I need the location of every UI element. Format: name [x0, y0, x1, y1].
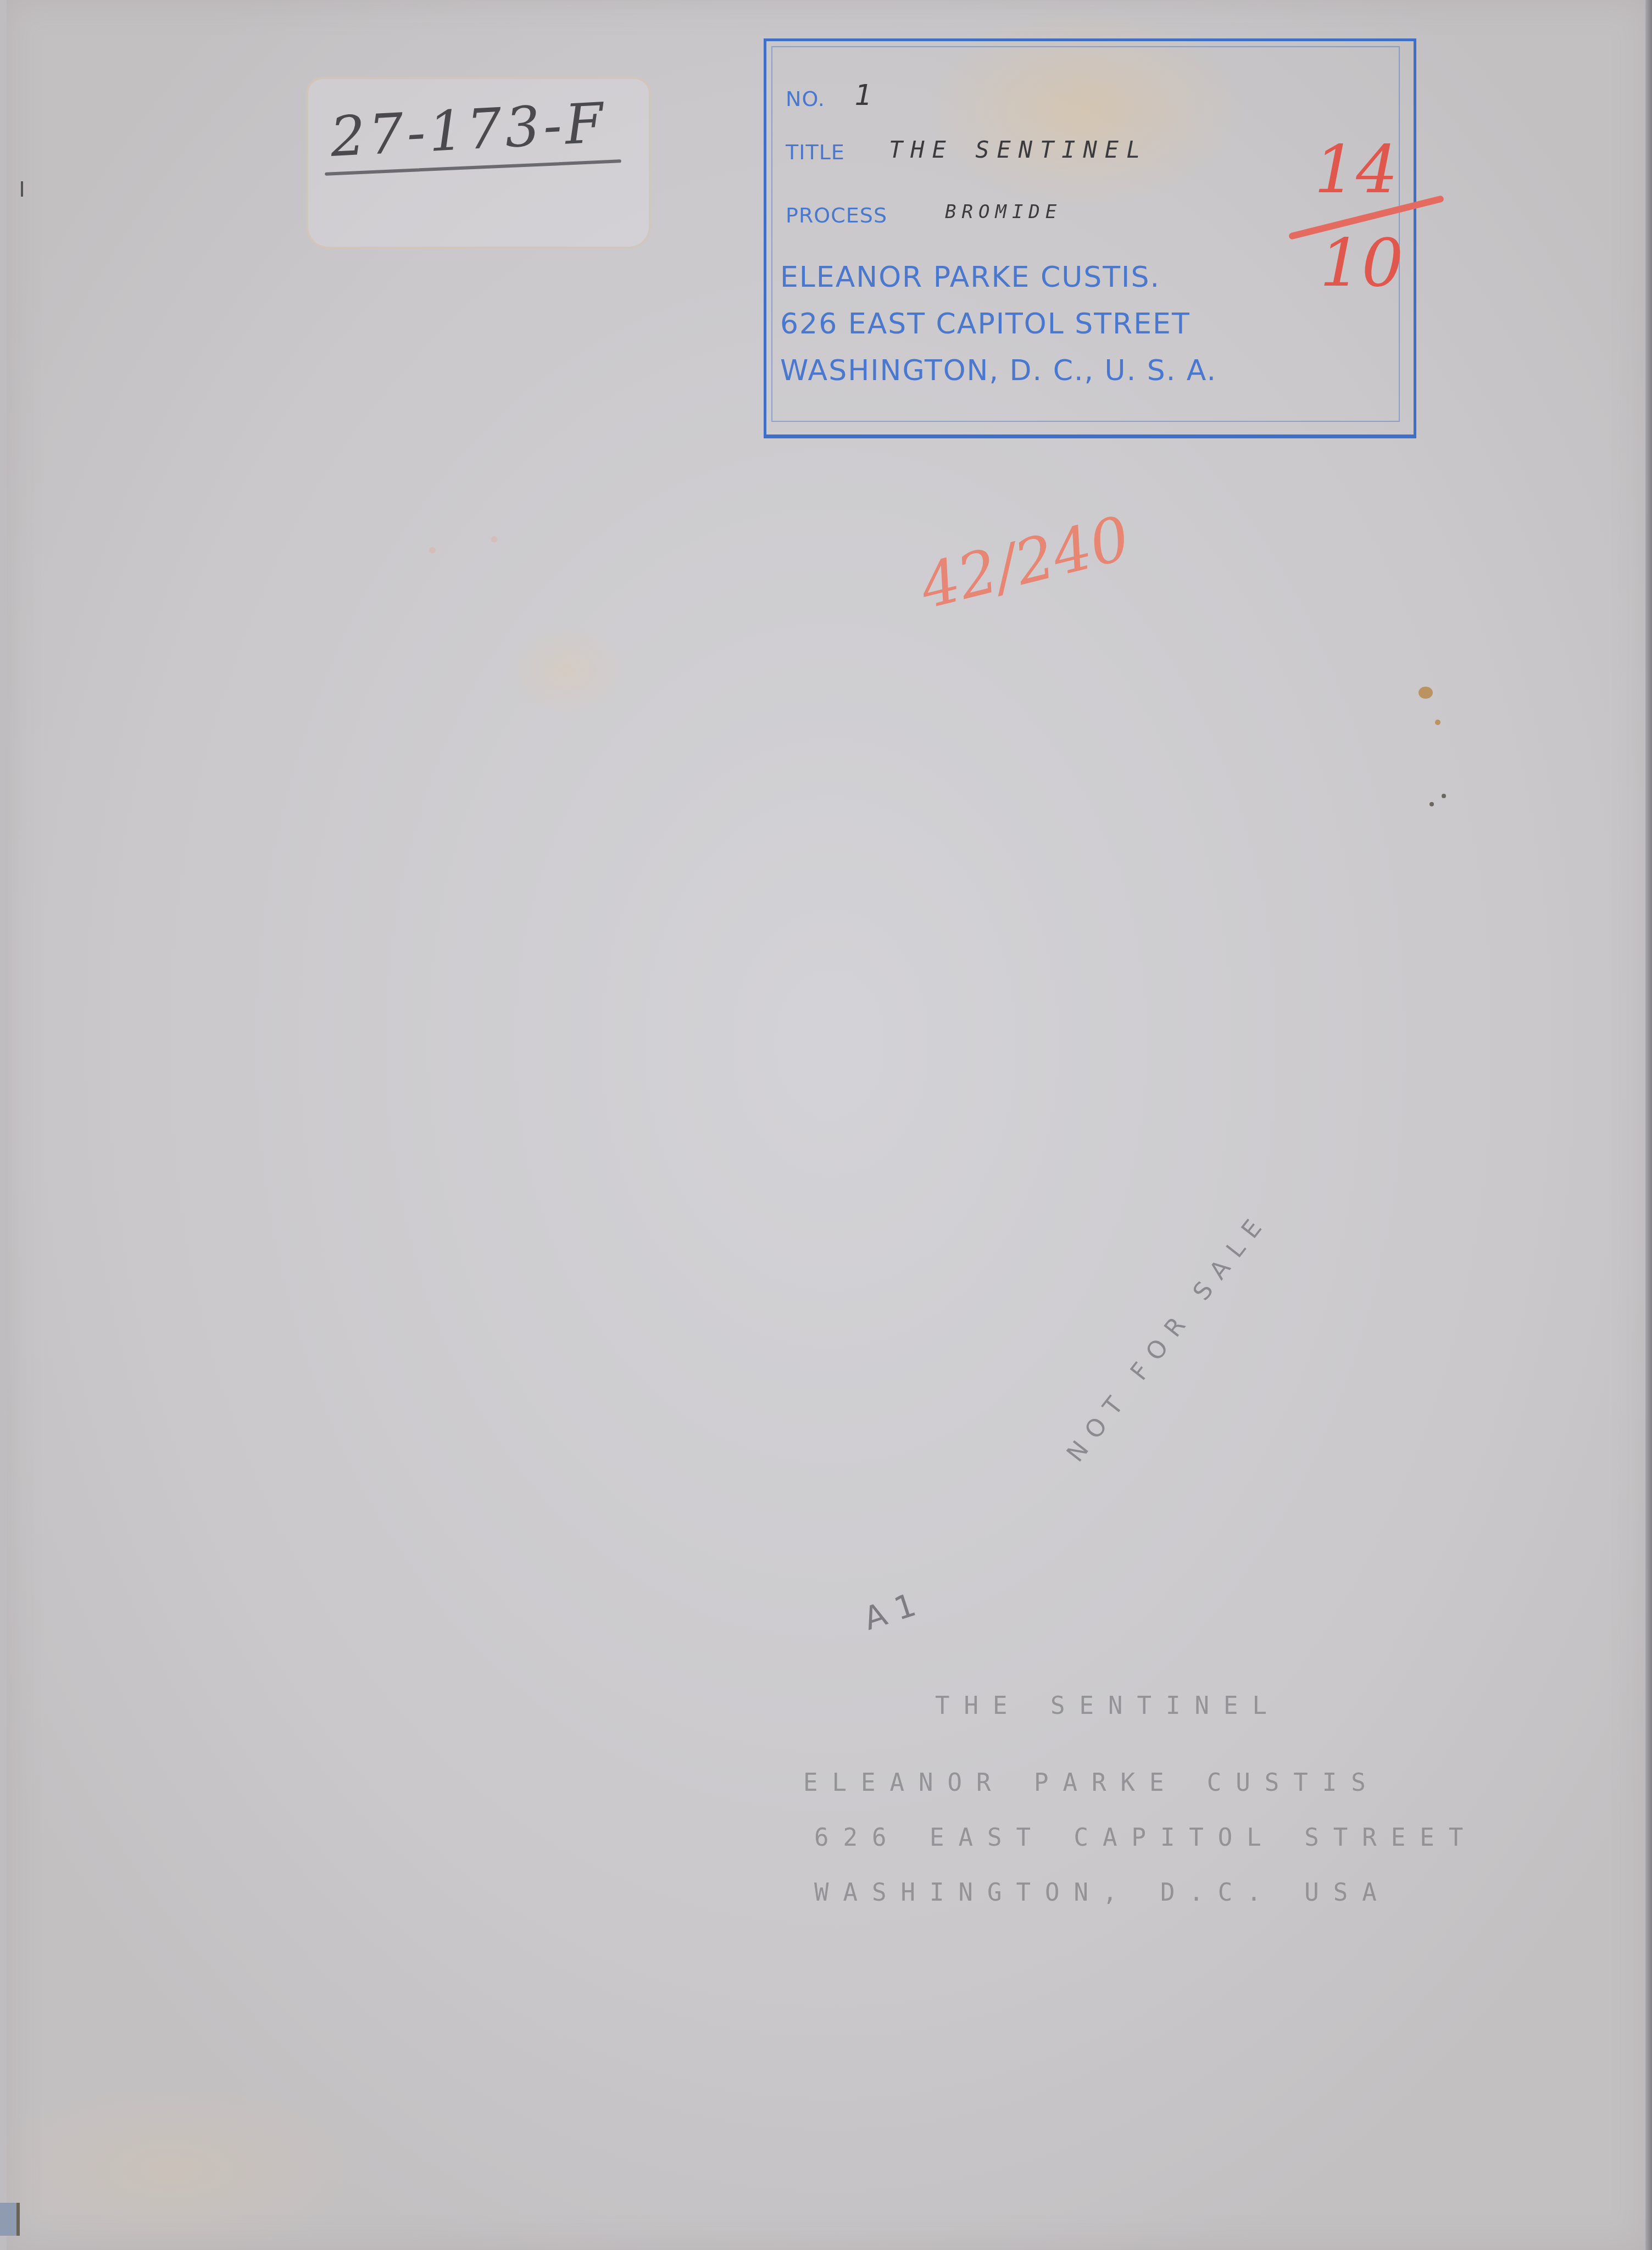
faded-red-marks: · · [420, 510, 507, 580]
board-edge [1645, 0, 1652, 2250]
pencil-mark-a1: A 1 [859, 1586, 920, 1638]
accession-label: 27-173-F [306, 77, 651, 249]
stamp-artist-name: ELEANOR PARKE CUSTIS. [780, 261, 1160, 294]
speck [1429, 802, 1434, 806]
red-fraction-annotation: 14 10 [1265, 137, 1451, 302]
stamp-title-label: TITLE [786, 140, 845, 164]
fraction-numerator: 14 [1314, 132, 1398, 208]
stamp-address-line2: WASHINGTON, D. C., U. S. A. [780, 354, 1217, 387]
stamp-no-label: NO. [786, 87, 825, 111]
stamp-process-label: PROCESS [786, 203, 887, 227]
pencil-title: THE SENTINEL [935, 1692, 1281, 1720]
stamp-no-value: 1 [854, 79, 879, 112]
pencil-address-line2: WASHINGTON, D.C. USA [814, 1879, 1391, 1907]
print-mount-board: 27-173-F NO. 1 TITLE THE SENTINEL PROCES… [7, 0, 1647, 2250]
foxing-stain [1419, 687, 1433, 699]
speck [1442, 794, 1446, 798]
stamp-title-value: THE SENTINEL [889, 136, 1148, 163]
accession-number: 27-173-F [329, 91, 608, 169]
edge-mark [21, 181, 23, 197]
foxing-stain [1435, 720, 1440, 725]
red-ratio-annotation: 42/240 [913, 503, 1136, 622]
corner-tab [0, 2203, 20, 2236]
stamp-process-value: BROMIDE [945, 201, 1062, 223]
not-for-sale-note: NOT FOR SALE [1061, 1206, 1274, 1467]
pencil-address-line1: 626 EAST CAPITOL STREET [814, 1824, 1477, 1852]
fraction-denominator: 10 [1320, 225, 1404, 302]
pencil-artist: ELEANOR PARKE CUSTIS [803, 1769, 1380, 1797]
stamp-address-line1: 626 EAST CAPITOL STREET [780, 308, 1191, 341]
